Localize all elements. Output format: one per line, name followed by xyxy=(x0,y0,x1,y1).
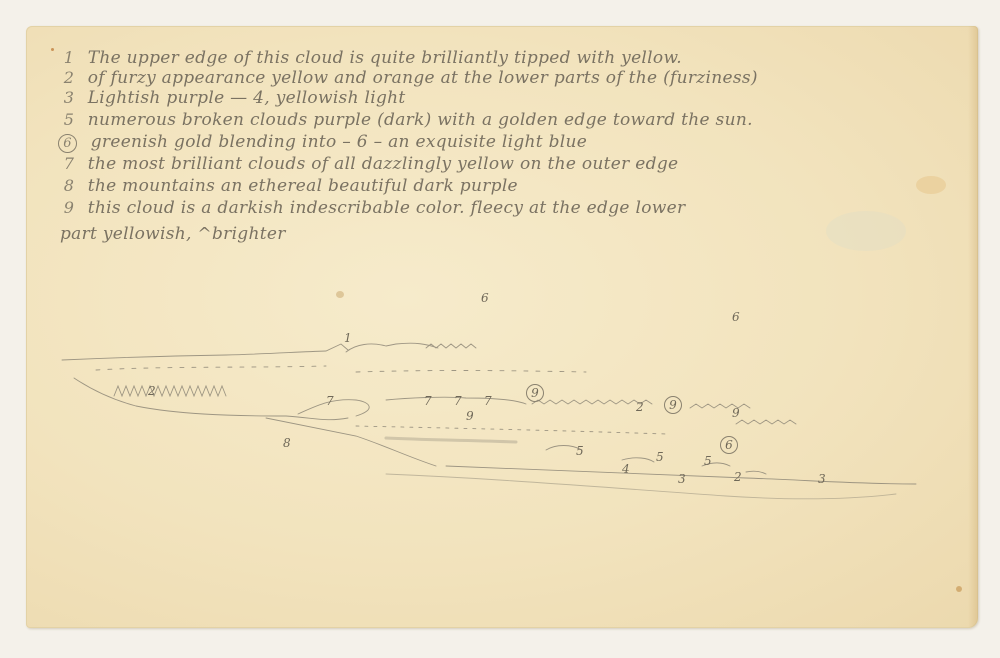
sketch-label: 7 xyxy=(484,394,492,408)
sketch-label: 7 xyxy=(326,394,334,408)
sketch-label: 6 xyxy=(732,310,740,324)
sketch-label-circled: 9 xyxy=(526,384,544,402)
sketch-label: 8 xyxy=(283,436,291,450)
sketch-label: 5 xyxy=(576,444,584,458)
sketch-label: 3 xyxy=(678,472,686,486)
sketch-label: 1 xyxy=(344,331,352,345)
sketch-label: 4 xyxy=(622,462,630,476)
sketch-label: 9 xyxy=(732,406,740,420)
sketch-label: 5 xyxy=(656,450,664,464)
sketch-label-circled: 6 xyxy=(720,436,738,454)
sketch-label: 9 xyxy=(466,409,474,423)
sketch-label: 7 xyxy=(454,394,462,408)
sketch-label: 2 xyxy=(636,400,644,414)
sketch-label: 6 xyxy=(481,291,489,305)
sketch-label: 7 xyxy=(424,394,432,408)
sketch-label: 2 xyxy=(148,384,156,398)
sketch-label: 3 xyxy=(818,472,826,486)
sketch-label-circled: 9 xyxy=(664,396,682,414)
sketch-card: 1 The upper edge of this cloud is quite … xyxy=(26,26,978,628)
landscape-sketch xyxy=(26,26,978,628)
sketch-label: 2 xyxy=(734,470,742,484)
sketch-label: 5 xyxy=(704,454,712,468)
